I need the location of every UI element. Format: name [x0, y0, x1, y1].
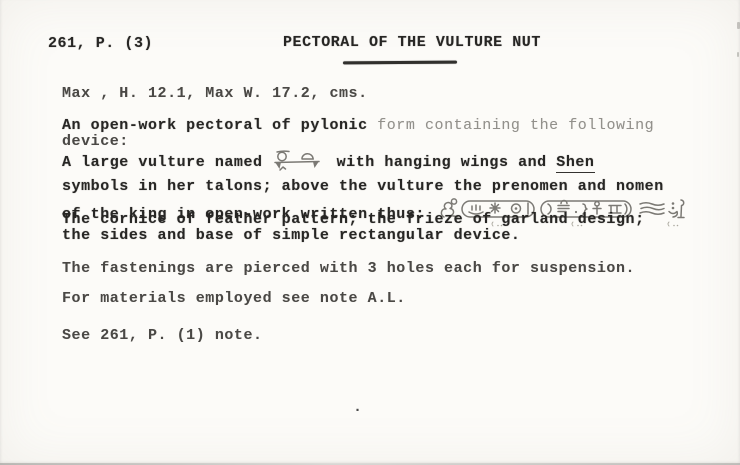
paragraph-fastenings: The fastenings are pierced with 3 holes …	[62, 261, 635, 277]
paragraph-device-intro: An open-work pectoral of pylonic form co…	[62, 118, 654, 150]
paragraph-materials-note: For materials employed see note A.L.	[62, 291, 406, 307]
paragraph-cornice: The cornice of feather pattern; the frie…	[62, 212, 645, 244]
catalog-number: 261, P. (3)	[48, 36, 153, 52]
page-title: PECTORAL OF THE VULTURE NUT	[283, 35, 541, 51]
p1-line1-faint: form containing the following	[377, 117, 654, 134]
hieroglyph-nut-svg	[273, 148, 323, 172]
p2-line1b: with hanging wings and	[337, 154, 557, 171]
stray-period-mark: .	[353, 399, 362, 416]
p3-line1: The cornice of feather pattern; the frie…	[62, 211, 645, 228]
scan-speck-right	[737, 52, 739, 57]
p2-line2: symbols in her talons; above the vulture…	[62, 178, 664, 195]
p3-line2: the sides and base of simple rectangular…	[62, 227, 520, 244]
catalogue-card: 261, P. (3) PECTORAL OF THE VULTURE NUT …	[0, 0, 740, 465]
title-underline	[343, 61, 457, 65]
paragraph-see-note: See 261, P. (1) note.	[62, 328, 263, 344]
p1-line1-bold: An open-work pectoral of pylonic	[62, 117, 377, 134]
dimensions-line: Max , H. 12.1, Max W. 17.2, cms.	[62, 86, 368, 102]
p2-shen-underlined: Shen	[556, 154, 594, 173]
p2-line1a: A large vulture named	[62, 154, 263, 171]
vulture-name-hieroglyphs	[273, 148, 323, 178]
